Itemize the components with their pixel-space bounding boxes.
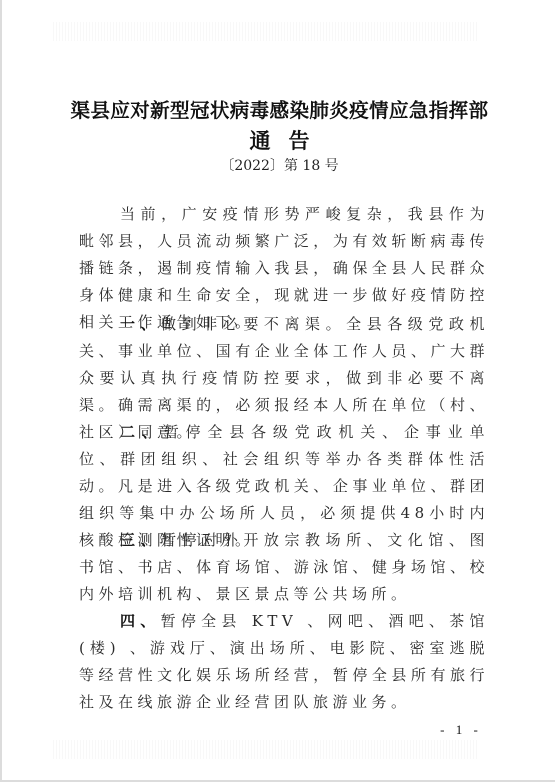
paragraph-lead: 二、 [120,423,164,441]
document-page: 渠县应对新型冠状病毒感染肺炎疫情应急指挥部 通告 〔2022〕第 18 号 当前… [0,0,555,782]
paragraph-item-3: 三、暂停对外开放宗教场所、文化馆、图书馆、书店、体育场馆、游泳馆、健身场馆、校内… [79,527,489,608]
document-title: 渠县应对新型冠状病毒感染肺炎疫情应急指挥部 [2,97,555,125]
paragraph-lead: 一、 [120,315,161,333]
header-watermark [53,22,478,41]
document-subtitle: 通告 [2,127,555,155]
page-number: - 1 - [426,722,496,738]
footer-watermark [53,740,478,759]
paragraph-lead: 三、 [120,531,161,549]
document-number: 〔2022〕第 18 号 [2,156,555,176]
paragraph-lead: 四、 [120,612,161,630]
paragraph-item-4: 四、暂停全县 KTV 、网吧、酒吧、茶馆(楼) 、游戏厅、演出场所、电影院、密室… [79,608,489,716]
